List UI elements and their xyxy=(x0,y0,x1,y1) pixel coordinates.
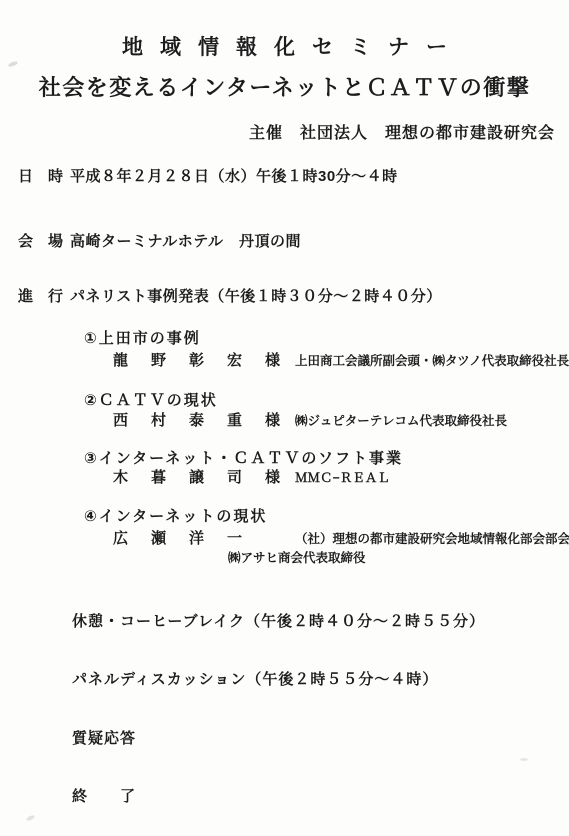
agenda-number-2: ② xyxy=(84,392,99,409)
speaker-affiliation-3: ＭＭＣ−ＲＥＡＬ xyxy=(295,466,390,487)
agenda-topic-text-2: ＣＡＴＶの現状 xyxy=(99,392,218,409)
speaker-line-3: 木暮譲司様 ＭＭＣ−ＲＥＡＬ xyxy=(113,466,390,487)
agenda-number-3: ③ xyxy=(84,450,99,467)
speaker-honorific-3: 様 xyxy=(265,469,280,486)
speaker-line-4: 広瀬洋一 （社）理想の都市建設研究会地域情報化部会部会長 xyxy=(113,527,569,548)
speaker-affiliation-2: ㈱ジュピターテレコム代表取締役社長 xyxy=(295,409,507,430)
speaker-name-3: 木暮譲司 xyxy=(113,469,265,486)
agenda-topic-text-1: 上田市の事例 xyxy=(99,330,201,347)
agenda-topic-2: ②ＣＡＴＶの現状 xyxy=(84,389,218,410)
schedule-qa: 質疑応答 xyxy=(72,727,136,748)
speaker-affiliation-4-second: ㈱アサヒ商会代表取締役 xyxy=(228,548,366,566)
scanned-seminar-program: 地域情報化セミナー 社会を変えるインターネットとＣＡＴＶの衝撃 主催 社団法人 … xyxy=(0,0,569,836)
program-value: パネリスト事例発表（午後１時３０分～２時４０分） xyxy=(70,285,442,306)
speaker-box-1: 龍野彰宏様 xyxy=(113,349,295,370)
scan-speck xyxy=(26,814,36,821)
speaker-box-4: 広瀬洋一 xyxy=(113,527,295,548)
speaker-name-4: 広瀬洋一 xyxy=(113,530,265,547)
info-row-venue: 会 場 高崎ターミナルホテル 丹頂の間 xyxy=(18,230,301,251)
schedule-end: 終 了 xyxy=(72,785,136,806)
speaker-honorific-2: 様 xyxy=(265,412,280,429)
scan-speck xyxy=(520,758,528,761)
agenda-topic-1: ①上田市の事例 xyxy=(84,327,201,348)
datetime-label: 日 時 xyxy=(18,165,70,186)
program-label: 進 行 xyxy=(18,285,70,306)
agenda-number-1: ① xyxy=(84,330,99,347)
venue-label: 会 場 xyxy=(18,230,70,251)
speaker-affiliation-1: 上田商工会議所副会頭・㈱タツノ代表取締役社長 xyxy=(295,349,569,370)
speaker-line-1: 龍野彰宏様 上田商工会議所副会頭・㈱タツノ代表取締役社長 xyxy=(113,349,569,370)
scan-speck xyxy=(8,60,19,67)
schedule-break: 休憩・コーヒーブレイク（午後２時４０分～２時５５分） xyxy=(72,610,485,631)
speaker-name-1: 龍野彰宏 xyxy=(113,352,265,369)
speaker-honorific-1: 様 xyxy=(265,352,280,369)
agenda-topic-4: ④インターネットの現状 xyxy=(84,505,267,526)
datetime-value: 平成８年２月２８日（水）午後１時30分～４時 xyxy=(70,165,398,186)
agenda-topic-3: ③インターネット・ＣＡＴＶのソフト事業 xyxy=(84,447,403,468)
agenda-number-4: ④ xyxy=(84,508,99,525)
info-row-program: 進 行 パネリスト事例発表（午後１時３０分～２時４０分） xyxy=(18,285,442,306)
agenda-topic-text-4: インターネットの現状 xyxy=(99,508,268,525)
schedule-panel-discussion: パネルディスカッション（午後２時５５分～４時） xyxy=(72,668,438,689)
venue-value: 高崎ターミナルホテル 丹頂の間 xyxy=(70,230,301,251)
agenda-topic-text-3: インターネット・ＣＡＴＶのソフト事業 xyxy=(99,450,403,467)
speaker-box-2: 西村泰重様 xyxy=(113,409,295,430)
organizer-line: 主催 社団法人 理想の都市建設研究会 xyxy=(249,120,555,143)
document-title: 地域情報化セミナー xyxy=(0,31,569,61)
info-row-datetime: 日 時 平成８年２月２８日（水）午後１時30分～４時 xyxy=(18,165,398,186)
speaker-name-2: 西村泰重 xyxy=(113,412,265,429)
document-subtitle: 社会を変えるインターネットとＣＡＴＶの衝撃 xyxy=(0,71,569,102)
speaker-box-3: 木暮譲司様 xyxy=(113,466,295,487)
speaker-affiliation-4: （社）理想の都市建設研究会地域情報化部会部会長 xyxy=(295,527,569,548)
speaker-line-2: 西村泰重様 ㈱ジュピターテレコム代表取締役社長 xyxy=(113,409,507,430)
